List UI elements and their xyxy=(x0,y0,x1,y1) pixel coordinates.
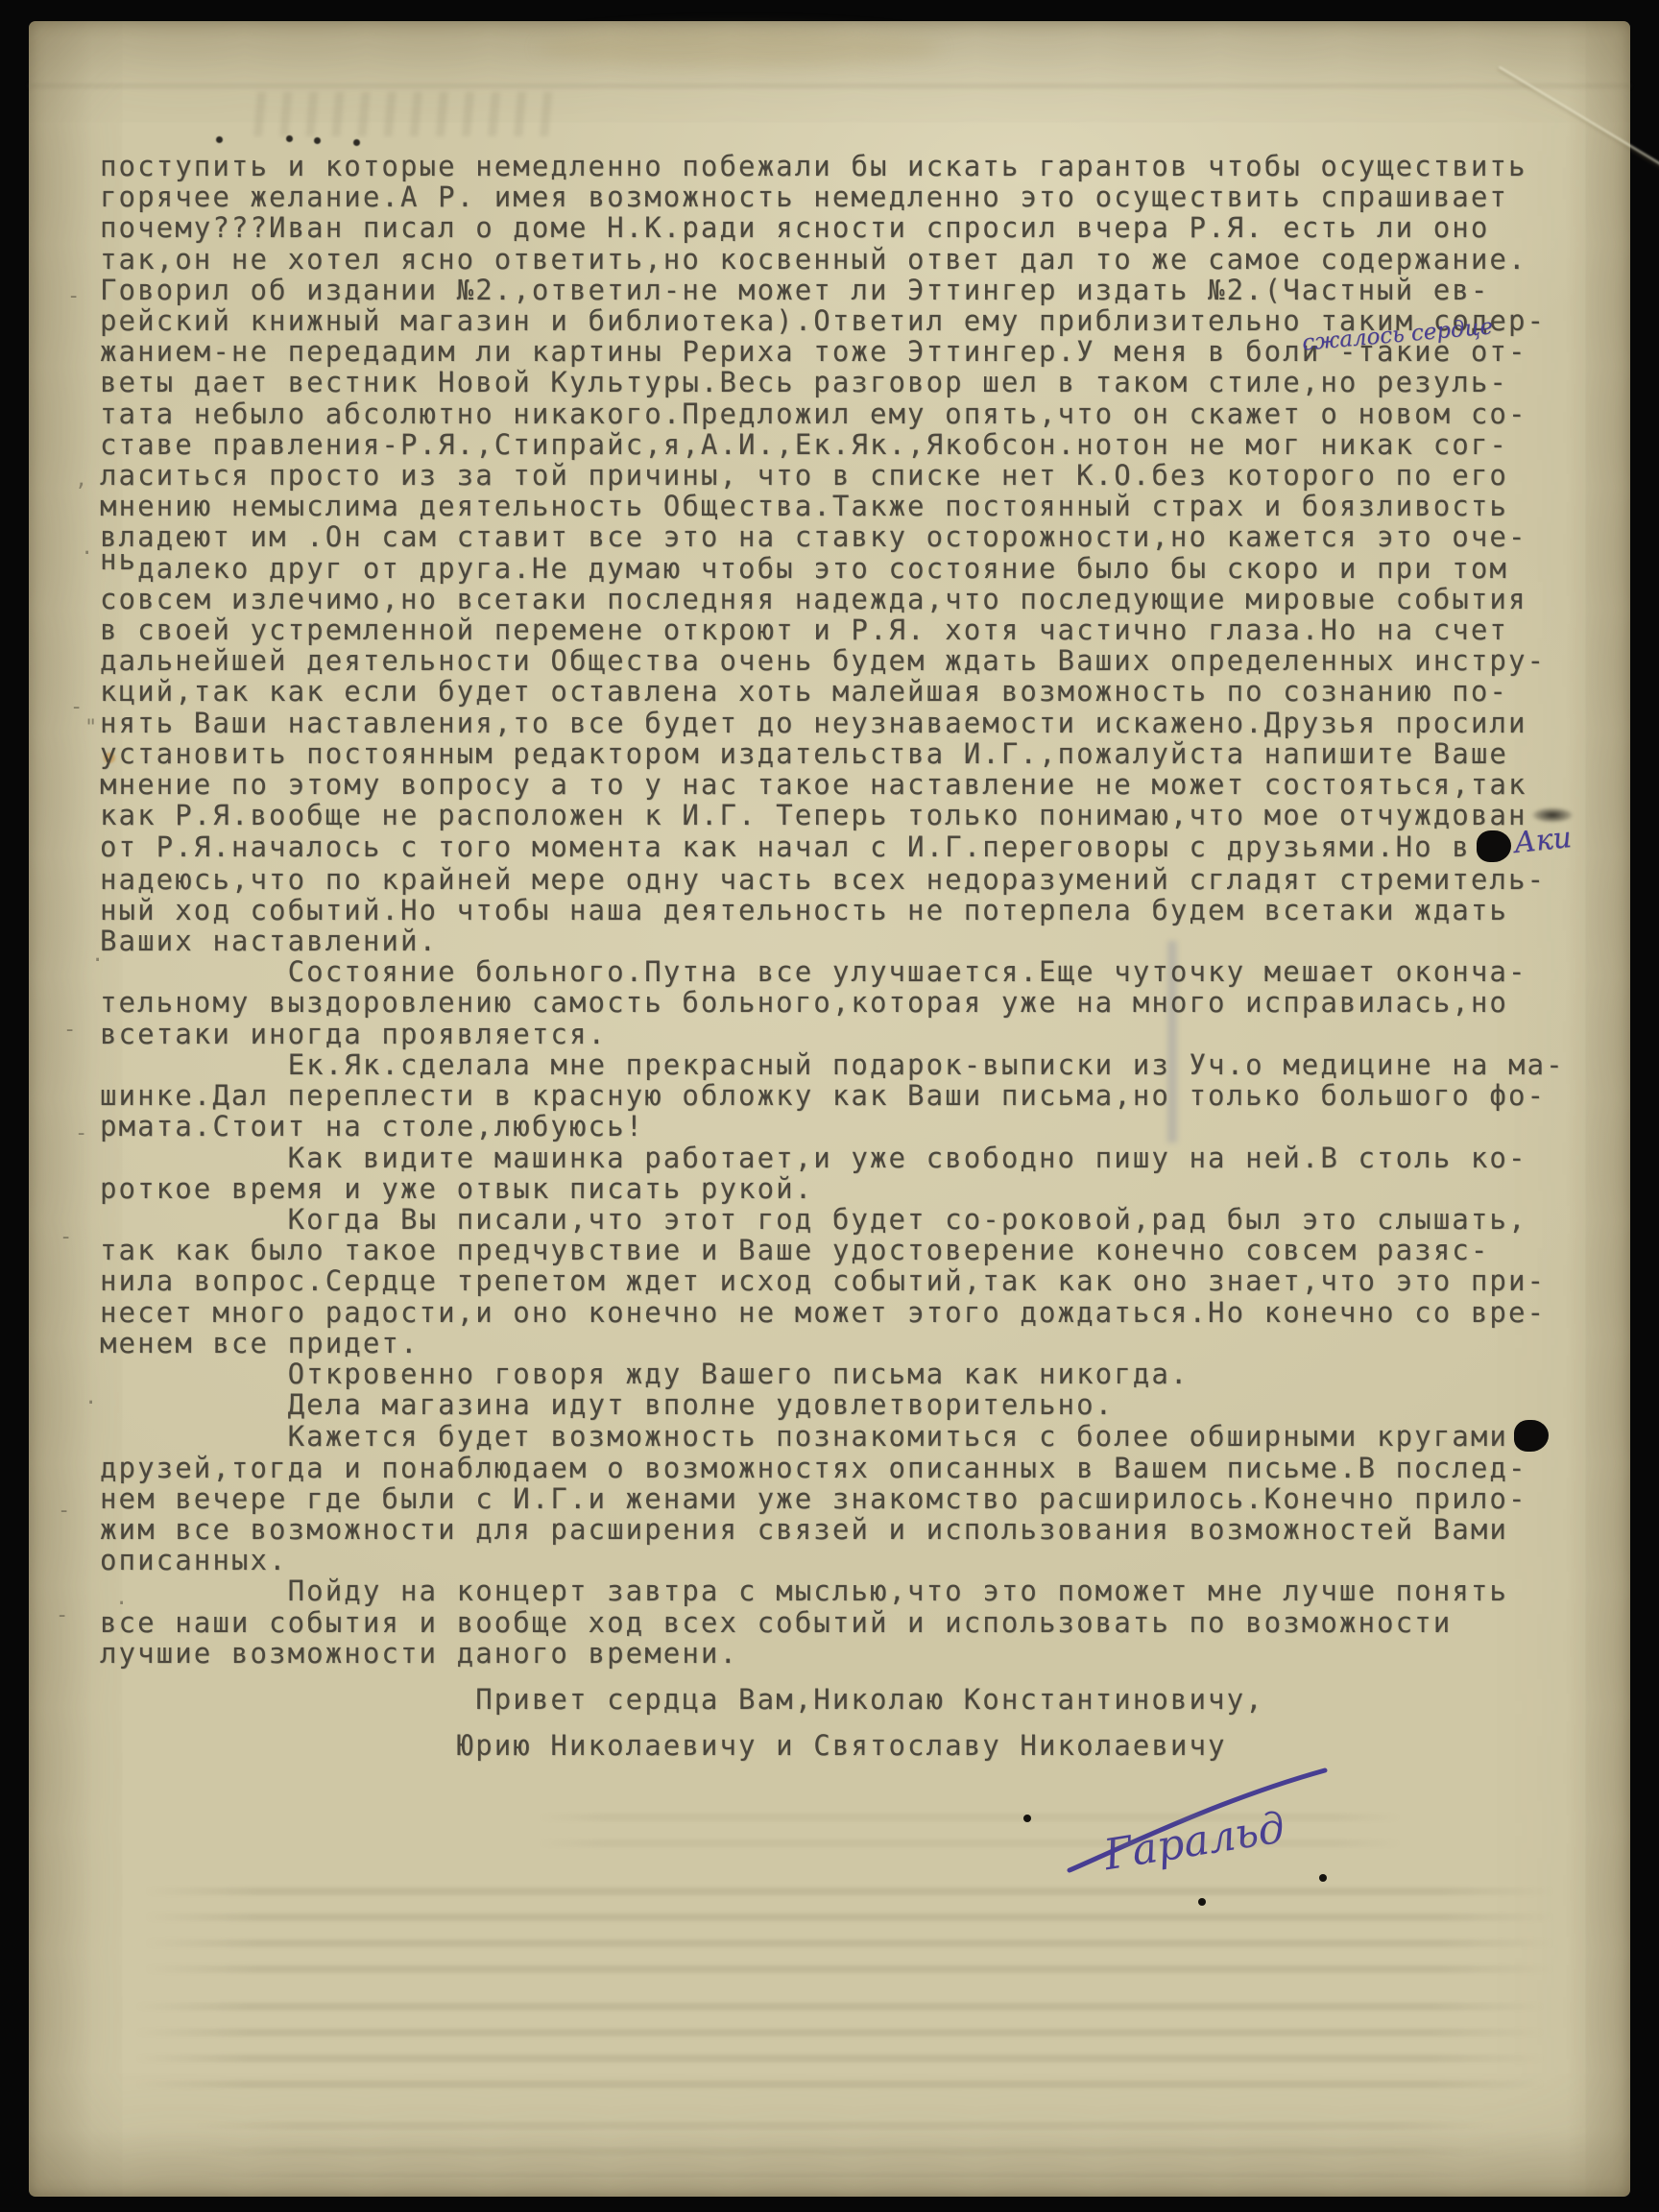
margin-mark: - xyxy=(58,1499,70,1523)
fold-crease xyxy=(29,84,1630,87)
typed-text: мнение по этому вопросу а то у нас такое… xyxy=(100,768,1527,801)
typed-text: Когда Вы писали,что этот год будет со-ро… xyxy=(100,1203,1527,1236)
margin-mark: , xyxy=(75,468,87,492)
letter-line: Когда Вы писали,что этот год будет со-ро… xyxy=(100,1204,1598,1235)
margin-mark: - xyxy=(67,284,80,308)
typed-text: дальнейшей деятельности Общества очень б… xyxy=(100,644,1546,677)
typed-text: менем все придет. xyxy=(100,1327,420,1359)
letter-line: жим все возможности для расширения связе… xyxy=(100,1514,1598,1545)
letter-line: веты дает вестник Новой Культуры.Весь ра… xyxy=(100,367,1598,397)
typed-text: Говорил об издании №2.,ответил-не может … xyxy=(100,274,1489,306)
typed-text: Ек.Як.сделала мне прекрасный подарок-вып… xyxy=(100,1048,1565,1081)
letter-line: ставе правления-Р.Я.,Стипрайс,я,А.И.,Ек.… xyxy=(100,429,1598,460)
letter-line: тата небыло абсолютно никакого.Предложил… xyxy=(100,398,1598,429)
typed-text: Дела магазина идут вполне удовлетворител… xyxy=(100,1388,1114,1421)
typed-text: кций,так как если будет оставлена хоть м… xyxy=(100,675,1508,708)
typed-text: Откровенно говоря жду Вашего письма как … xyxy=(100,1358,1189,1390)
typed-text: надеюсь,что по крайней мере одну часть в… xyxy=(100,863,1546,896)
margin-mark: . xyxy=(91,943,104,967)
typed-text: Кажется будет возможность познакомиться … xyxy=(100,1420,1508,1453)
letter-line: в своей устремленной перемене откроют и … xyxy=(100,614,1598,645)
typed-text: Состояние больного.Путна все улучшается.… xyxy=(100,955,1527,988)
typed-text: мнению немыслима деятельность Общества.Т… xyxy=(100,490,1508,522)
letter-line: как Р.Я.вообще не расположен к И.Г. Тепе… xyxy=(100,800,1598,830)
paper-speck xyxy=(1198,1898,1206,1906)
letter-line: от Р.Я.началось с того момента как начал… xyxy=(100,830,1598,863)
letter-line: Привет сердца Вам,Николаю Константинович… xyxy=(100,1684,1598,1715)
letter-line: дальнейшей деятельности Общества очень б… xyxy=(100,645,1598,676)
typed-text: всетаки иногда проявляется. xyxy=(100,1018,607,1050)
typed-text: поступить и которые немедленно побежали … xyxy=(100,150,1527,182)
typed-text: как Р.Я.вообще не расположен к И.Г. Тепе… xyxy=(100,799,1527,831)
typed-text: друзей,тогда и понаблюдаем о возможностя… xyxy=(100,1452,1527,1484)
typed-text: тельному выздоровлению самость больного,… xyxy=(100,986,1508,1019)
letter-line: Откровенно говоря жду Вашего письма как … xyxy=(100,1358,1598,1389)
typed-text: нять Ваши наставления,то все будет до не… xyxy=(100,707,1527,739)
pencil-dot xyxy=(353,139,360,146)
typed-text: Ваших наставлений. xyxy=(100,925,438,957)
margin-mark: - xyxy=(56,1603,68,1627)
pencil-dot xyxy=(216,136,223,143)
letter-line: мнению немыслима деятельность Общества.Т… xyxy=(100,491,1598,521)
paper-speck xyxy=(1319,1874,1327,1882)
letter-line: Как видите машинка работает,и уже свобод… xyxy=(100,1142,1598,1173)
letter-line: мнение по этому вопросу а то у нас такое… xyxy=(100,769,1598,800)
typed-text: веты дает вестник Новой Культуры.Весь ра… xyxy=(100,366,1508,398)
typed-text: Юрию Николаевичу и Святославу Николаевич… xyxy=(100,1729,1227,1762)
typed-text: далеко друг от друга.Не думаю чтобы это … xyxy=(137,552,1508,585)
letter-line: все наши события и вообще ход всех событ… xyxy=(100,1607,1598,1638)
typed-text: шинке.Дал переплести в красную обложку к… xyxy=(100,1079,1546,1112)
typed-text: жим все возможности для расширения связе… xyxy=(100,1513,1508,1546)
typed-text: почему???Иван писал о доме Н.К.ради ясно… xyxy=(100,211,1489,244)
typed-text: Пойду на концерт завтра с мыслью,что это… xyxy=(100,1575,1508,1607)
typed-text: роткое время и уже отвык писать рукой. xyxy=(100,1172,813,1205)
pencil-dot xyxy=(286,135,293,142)
reverse-side-impression xyxy=(144,1874,1555,1976)
margin-mark: . xyxy=(81,536,93,560)
ink-blot xyxy=(1477,830,1511,862)
letter-line: ньдалеко друг от друга.Не думаю чтобы эт… xyxy=(100,553,1598,584)
typed-text: все наши события и вообще ход всех событ… xyxy=(100,1606,1452,1639)
paper-speck xyxy=(1023,1815,1031,1822)
margin-mark: " xyxy=(84,716,97,740)
typed-text: описанных. xyxy=(100,1544,288,1576)
typed-text: ставе правления-Р.Я.,Стипрайс,я,А.И.,Ек.… xyxy=(100,428,1508,461)
paper-stain xyxy=(538,29,941,67)
letter-line: ласиться просто из за той причины, что в… xyxy=(100,460,1598,491)
typed-text: владеют им .Он сам ставит все это на ста… xyxy=(100,520,1527,553)
typed-text: Как видите машинка работает,и уже свобод… xyxy=(100,1142,1527,1174)
letter-line: Ваших наставлений. xyxy=(100,926,1598,956)
letter-line: всетаки иногда проявляется. xyxy=(100,1019,1598,1049)
typed-text: от Р.Я.началось с того момента как начал… xyxy=(100,830,1471,863)
letter-line: Пойду на концерт завтра с мыслью,что это… xyxy=(100,1575,1598,1606)
raised-correction: нь xyxy=(100,544,137,575)
typed-text: ный ход событий.Но чтобы наша деятельнос… xyxy=(100,894,1508,926)
typed-text: нем вечере где были с И.Г.и женами уже з… xyxy=(100,1482,1527,1515)
typed-text: лучшие возможности даного времени. xyxy=(100,1637,738,1670)
letter-line: поступить и которые немедленно побежали … xyxy=(100,151,1598,181)
margin-mark: - xyxy=(75,1121,87,1145)
letter-line: Говорил об издании №2.,ответил-не может … xyxy=(100,275,1598,305)
faint-pencil-marks xyxy=(240,92,557,136)
typed-text: рмата.Стоит на столе,любуюсь! xyxy=(100,1110,644,1142)
letter-body: поступить и которые немедленно побежали … xyxy=(100,151,1598,1761)
letter-line: надеюсь,что по крайней мере одну часть в… xyxy=(100,864,1598,895)
typed-text: так,он не хотел ясно ответить,но косвенн… xyxy=(100,243,1527,276)
reverse-side-impression xyxy=(192,2108,1498,2177)
letter-line: лучшие возможности даного времени. xyxy=(100,1638,1598,1669)
typed-text: горячее желание.А Р. имея возможность не… xyxy=(100,180,1508,213)
margin-mark: - xyxy=(70,695,83,719)
typed-text: в своей устремленной перемене откроют и … xyxy=(100,613,1508,646)
letter-line: роткое время и уже отвык писать рукой. xyxy=(100,1173,1598,1204)
letter-line: нять Ваши наставления,то все будет до не… xyxy=(100,708,1598,738)
typed-text: тата небыло абсолютно никакого.Предложил… xyxy=(100,397,1527,430)
letter-line: владеют им .Он сам ставит все это на ста… xyxy=(100,521,1598,552)
scan-background: поступить и которые немедленно побежали … xyxy=(0,0,1659,2212)
letter-line: друзей,тогда и понаблюдаем о возможностя… xyxy=(100,1453,1598,1483)
letter-line: совсем излечимо,но всетаки последняя над… xyxy=(100,584,1598,614)
letter-line: рмата.Стоит на столе,любуюсь! xyxy=(100,1111,1598,1142)
reverse-side-impression xyxy=(134,1989,1546,2095)
letter-line: кций,так как если будет оставлена хоть м… xyxy=(100,676,1598,707)
letter-line: Дела магазина идут вполне удовлетворител… xyxy=(100,1389,1598,1420)
letter-line: установить постоянным редактором издател… xyxy=(100,738,1598,769)
letter-line: Кажется будет возможность познакомиться … xyxy=(100,1420,1598,1452)
letter-line: так,он не хотел ясно ответить,но косвенн… xyxy=(100,244,1598,275)
letter-line: тельному выздоровлению самость больного,… xyxy=(100,987,1598,1018)
letter-line: Ек.Як.сделала мне прекрасный подарок-вып… xyxy=(100,1049,1598,1080)
letter-line: несет много радости,и оно конечно не мож… xyxy=(100,1297,1598,1328)
typed-text: нила вопрос.Сердце трепетом ждет исход с… xyxy=(100,1264,1546,1297)
typed-text: установить постоянным редактором издател… xyxy=(100,737,1508,770)
letter-line: Состояние больного.Путна все улучшается.… xyxy=(100,956,1598,987)
letter-line: описанных. xyxy=(100,1545,1598,1575)
typed-text: так как было такое предчувствие и Ваше у… xyxy=(100,1234,1489,1266)
ink-blot xyxy=(1514,1420,1549,1452)
typed-text: совсем излечимо,но всетаки последняя над… xyxy=(100,583,1527,615)
margin-mark: . xyxy=(115,1586,128,1610)
margin-mark: - xyxy=(60,1225,72,1249)
letter-line: жанием-не передадим ли картины Рериха то… xyxy=(100,336,1598,367)
handwritten-correction: Аки xyxy=(1512,823,1573,859)
typed-text: Привет сердца Вам,Николаю Константинович… xyxy=(100,1683,1264,1716)
margin-mark: . xyxy=(84,1385,97,1409)
margin-mark: - xyxy=(63,1018,76,1042)
pencil-dot xyxy=(314,137,321,144)
letter-line: Юрию Николаевичу и Святославу Николаевич… xyxy=(100,1730,1598,1761)
letter-line: менем все придет. xyxy=(100,1328,1598,1358)
letter-line: почему???Иван писал о доме Н.К.ради ясно… xyxy=(100,212,1598,243)
letter-line: горячее желание.А Р. имея возможность не… xyxy=(100,181,1598,212)
letter-line: нила вопрос.Сердце трепетом ждет исход с… xyxy=(100,1265,1598,1296)
letter-line: ный ход событий.Но чтобы наша деятельнос… xyxy=(100,895,1598,926)
letter-line: так как было такое предчувствие и Ваше у… xyxy=(100,1235,1598,1265)
page-overlay: поступить и которые немедленно побежали … xyxy=(0,0,1659,2212)
reverse-side-impression xyxy=(538,1800,1402,1856)
typed-text: несет много радости,и оно конечно не мож… xyxy=(100,1296,1546,1329)
typed-text: ласиться просто из за той причины, что в… xyxy=(100,459,1508,492)
letter-line: нем вечере где были с И.Г.и женами уже з… xyxy=(100,1483,1598,1514)
letter-line: шинке.Дал переплести в красную обложку к… xyxy=(100,1080,1598,1111)
